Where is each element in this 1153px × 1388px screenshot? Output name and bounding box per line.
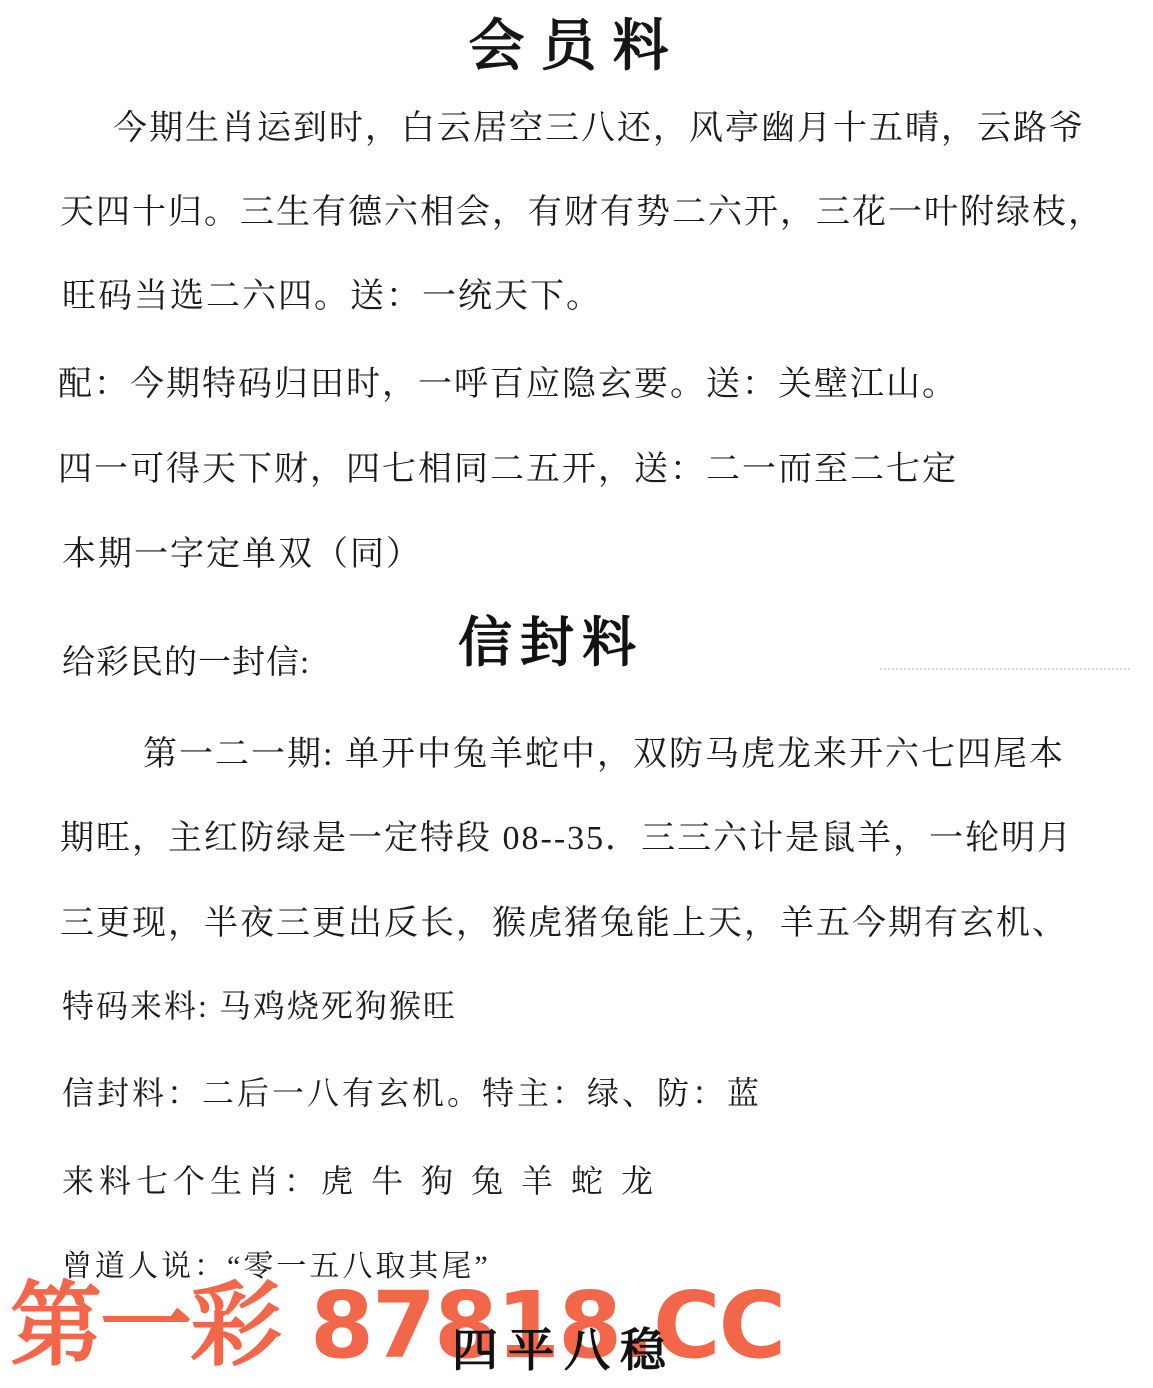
envelope-line-3: 三更现，半夜三更出反长，猴虎猪兔能上天，羊五今期有玄机、	[60, 895, 1068, 944]
special-code-tip-line: 特码来料: 马鸡烧死狗猴旺	[62, 981, 457, 1027]
member-line-1: 今期生肖运到时，白云居空三八还，风亭幽月十五晴，云路爷	[113, 100, 1085, 149]
envelope-line-1: 第一二一期: 单开中兔羊蛇中，双防马虎龙来开六七四尾本	[143, 726, 1065, 775]
envelope-section-title: 信封料	[458, 600, 644, 677]
member-line-5: 四一可得天下财，四七相同二五开，送：二一而至二七定	[58, 441, 958, 490]
member-line-4: 配：今期特码归田时，一呼百应隐玄要。送：关壁江山。	[58, 356, 958, 405]
member-line-6: 本期一字定单双（同）	[62, 526, 422, 575]
envelope-line-2: 期旺，主红防绿是一定特段 08--35．三三六计是鼠羊，一轮明月	[60, 810, 1073, 859]
member-line-3: 旺码当选二六四。送：一统天下。	[62, 268, 602, 317]
document-page: 会员料 今期生肖运到时，白云居空三八还，风亭幽月十五晴，云路爷 天四十归。三生有…	[0, 0, 1153, 1388]
envelope-tip-line: 信封料：二后一八有玄机。特主：绿、防：蓝	[62, 1068, 762, 1114]
letter-to-punters-label: 给彩民的一封信:	[62, 636, 310, 683]
member-line-2: 天四十归。三生有德六相会，有财有势二六开，三花一叶附绿枝，	[60, 184, 1104, 233]
zodiac-tip-line: 来料七个生肖：虎 牛 狗 兔 羊 蛇 龙	[62, 1156, 658, 1202]
page-title: 会员料	[0, 2, 1153, 82]
scan-artifact	[880, 668, 1130, 670]
footer-seal: 四平八稳	[452, 1314, 676, 1380]
